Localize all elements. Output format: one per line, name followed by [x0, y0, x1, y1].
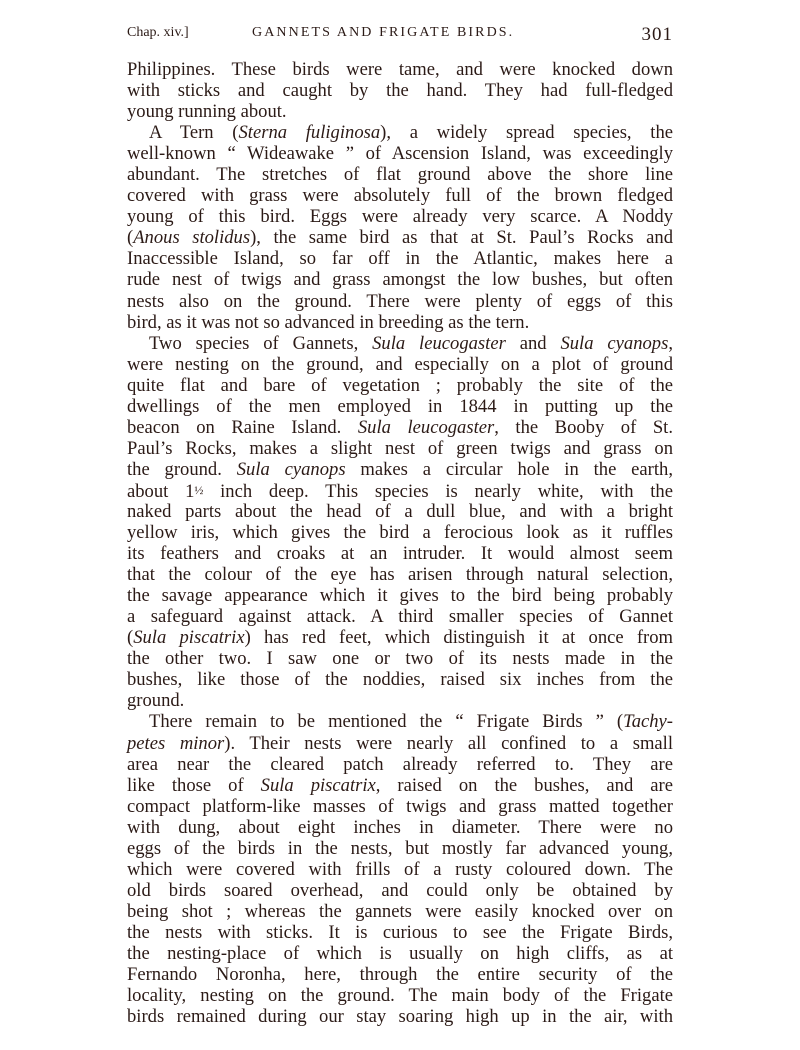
italic-species-name: Anous stolidus — [133, 227, 250, 248]
text-segment: ) has red feet, which distinguish it at … — [245, 627, 673, 648]
text-segment: ), the same bird as that at St. Paul’s R… — [250, 227, 673, 248]
text-segment: , raised on the bushes, and are — [376, 775, 673, 796]
text-line: Philippines. These birds were tame, and … — [127, 59, 673, 80]
text-line: the other two. I saw one or two of its n… — [127, 648, 673, 669]
text-line: the nesting-place of which is usually on… — [127, 943, 673, 964]
text-line: the savage appearance which it gives to … — [127, 585, 673, 606]
italic-species-name: Sterna fuliginosa — [239, 122, 381, 143]
italic-species-name: Sula piscatrix — [133, 627, 244, 648]
text-segment: There remain to be mentioned the “ Friga… — [149, 711, 623, 732]
text-line: young of this bird. Eggs were already ve… — [127, 206, 673, 227]
running-title: Gannets and Frigate Birds. — [252, 18, 514, 48]
text-line: eggs of the birds in the nests, but most… — [127, 838, 673, 859]
text-line: abundant. The stretches of flat ground a… — [127, 164, 673, 185]
text-line: young running about. — [127, 101, 673, 122]
text-line: with dung, about eight inches in diamete… — [127, 817, 673, 838]
italic-species-name: Sula piscatrix — [261, 775, 376, 796]
text-segment: and — [506, 333, 561, 354]
text-line: dwellings of the men employed in 1844 in… — [127, 396, 673, 417]
text-line: like those of Sula piscatrix, raised on … — [127, 775, 673, 796]
text-line: rude nest of twigs and grass amongst the… — [127, 269, 673, 290]
text-line: that the colour of the eye has arisen th… — [127, 564, 673, 585]
text-line: (Anous stolidus), the same bird as that … — [127, 227, 673, 248]
text-line: bird, as it was not so advanced in breed… — [127, 312, 673, 333]
text-line: compact platform-like masses of twigs an… — [127, 796, 673, 817]
text-line: bushes, like those of the noddies, raise… — [127, 669, 673, 690]
text-line: the ground. Sula cyanops makes a circula… — [127, 459, 673, 480]
text-line: the nests with sticks. It is curious to … — [127, 922, 673, 943]
text-line: nests also on the ground. There were ple… — [127, 291, 673, 312]
text-segment: about 1 — [127, 481, 194, 502]
text-line: petes minor). Their nests were nearly al… — [127, 733, 673, 754]
text-segment: beacon on Raine Island. — [127, 417, 358, 438]
text-segment: Two species of Gannets, — [149, 333, 372, 354]
text-line: yellow iris, which gives the bird a fero… — [127, 522, 673, 543]
body-text: Philippines. These birds were tame, and … — [127, 59, 673, 1027]
text-line: Two species of Gannets, Sula leucogaster… — [127, 333, 673, 354]
page-number: 301 — [642, 20, 674, 50]
italic-species-name: Sula leucogaster — [358, 417, 494, 438]
text-line: about 1½ inch deep. This species is near… — [127, 480, 673, 501]
text-line: covered with grass were absolutely full … — [127, 185, 673, 206]
italic-species-name: Sula cyanops — [560, 333, 668, 354]
text-line: were nesting on the ground, and especial… — [127, 354, 673, 375]
text-line: birds remained during our stay soaring h… — [127, 1006, 673, 1027]
text-line: naked parts about the head of a dull blu… — [127, 501, 673, 522]
text-line: Inaccessible Island, so far off in the A… — [127, 248, 673, 269]
text-line: Fernando Noronha, here, through the enti… — [127, 964, 673, 985]
text-line: which were covered with frills of a rust… — [127, 859, 673, 880]
book-page: Chap. xiv.] Gannets and Frigate Birds. 3… — [127, 18, 673, 1027]
text-line: locality, nesting on the ground. The mai… — [127, 985, 673, 1006]
italic-species-name: petes minor — [127, 733, 224, 754]
text-segment: , the Booby of St. — [494, 417, 673, 438]
text-segment: , — [668, 333, 673, 354]
text-line: a safeguard against attack. A third smal… — [127, 606, 673, 627]
text-line: Paul’s Rocks, makes a slight nest of gre… — [127, 438, 673, 459]
text-line: well-known “ Wideawake ” of Ascension Is… — [127, 143, 673, 164]
text-line: There remain to be mentioned the “ Friga… — [127, 711, 673, 732]
text-line: being shot ; whereas the gannets were ea… — [127, 901, 673, 922]
text-line: beacon on Raine Island. Sula leucogaster… — [127, 417, 673, 438]
text-segment: ), a widely spread species, the — [380, 122, 673, 143]
text-line: with sticks and caught by the hand. They… — [127, 80, 673, 101]
italic-species-name: Tachy- — [623, 711, 673, 732]
text-segment: the ground. — [127, 459, 237, 480]
text-segment: A Tern ( — [149, 122, 239, 143]
text-segment: makes a circular hole in the earth, — [346, 459, 673, 480]
text-segment: ). Their nests were nearly all confined … — [224, 733, 673, 754]
italic-species-name: Sula leucogaster — [372, 333, 506, 354]
chapter-label: Chap. xiv.] — [127, 18, 189, 48]
text-line: ground. — [127, 690, 673, 711]
text-line: area near the cleared patch already refe… — [127, 754, 673, 775]
text-line: old birds soared overhead, and could onl… — [127, 880, 673, 901]
text-line: quite flat and bare of vegetation ; prob… — [127, 375, 673, 396]
running-head: Chap. xiv.] Gannets and Frigate Birds. 3… — [127, 18, 673, 48]
text-line: its feathers and croaks at an intruder. … — [127, 543, 673, 564]
text-segment: inch deep. This species is nearly white,… — [203, 481, 673, 502]
text-segment: like those of — [127, 775, 261, 796]
italic-species-name: Sula cyanops — [237, 459, 346, 480]
text-line: (Sula piscatrix) has red feet, which dis… — [127, 627, 673, 648]
text-line: A Tern (Sterna fuliginosa), a widely spr… — [127, 122, 673, 143]
